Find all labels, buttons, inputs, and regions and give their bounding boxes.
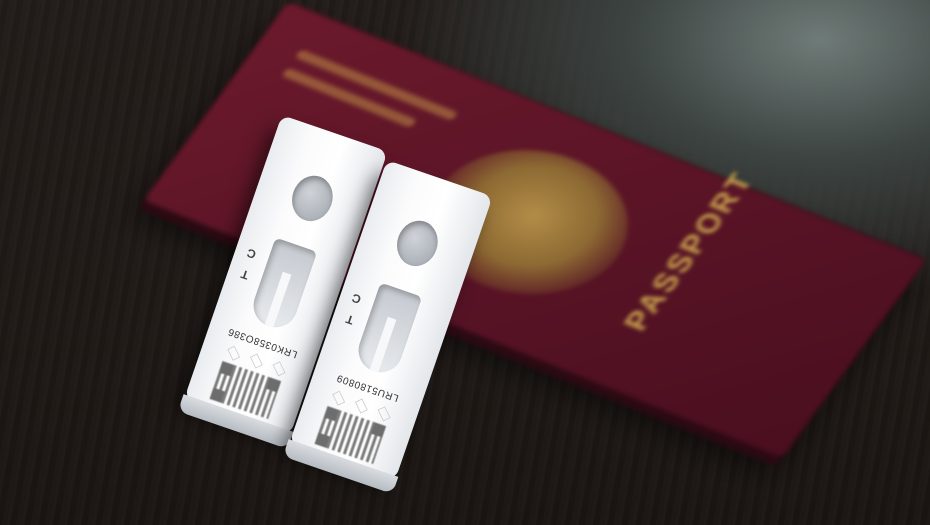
passport-cover-word: PASSPORT bbox=[618, 167, 763, 335]
test-strip bbox=[265, 272, 292, 328]
ct-markings: T C bbox=[237, 242, 260, 286]
photo-scene: PASSPORT T C LRK0358O386 T C LRU5180809 bbox=[0, 0, 930, 525]
result-window bbox=[353, 283, 423, 379]
test-strip bbox=[370, 317, 397, 373]
sample-well bbox=[286, 170, 339, 227]
test-line-label: T bbox=[342, 308, 357, 332]
ct-markings: T C bbox=[342, 287, 365, 331]
sample-well bbox=[391, 215, 444, 272]
result-window bbox=[248, 238, 318, 334]
test-line-label: T bbox=[237, 263, 252, 287]
control-line-label: C bbox=[349, 287, 364, 311]
control-line-label: C bbox=[244, 242, 259, 266]
